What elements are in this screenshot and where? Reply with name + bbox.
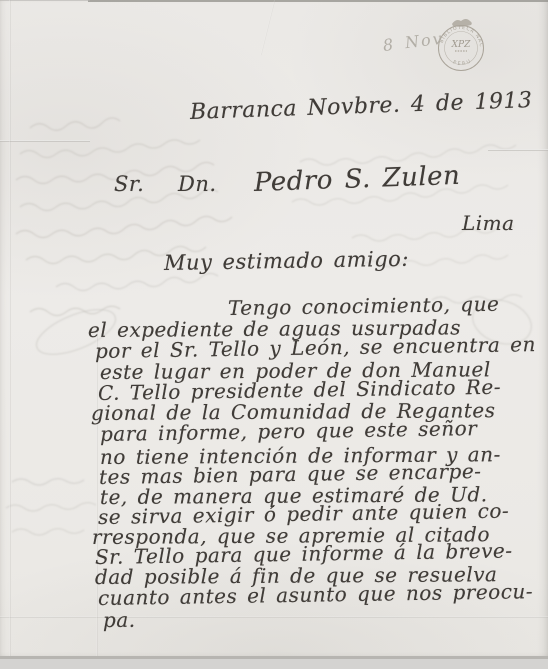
fold-crease-horizontal-left bbox=[0, 140, 90, 142]
scanned-letter-page: BIBLIOTECA NACIONAL PERU XPZ 8 Nov Barra… bbox=[0, 0, 548, 669]
stamp-monogram: XPZ bbox=[451, 40, 471, 50]
paper-top-edge bbox=[88, 0, 548, 2]
recipient-honorific: Dn. bbox=[178, 172, 217, 196]
svg-text:PERU: PERU bbox=[452, 58, 473, 68]
body-line: pa. bbox=[103, 608, 136, 632]
recipient-salutation-prefix: Sr. bbox=[114, 172, 144, 196]
paper-top-edge-left bbox=[0, 0, 90, 1]
paper-bottom-edge bbox=[0, 656, 548, 659]
stamp-ring-text-bottom: PERU bbox=[452, 58, 473, 68]
recipient-city: Lima bbox=[462, 211, 515, 235]
fold-crease-horizontal-bottom bbox=[0, 616, 548, 618]
fold-crease-horizontal-right bbox=[488, 149, 548, 151]
bird-icon bbox=[452, 19, 472, 27]
letter-greeting: Muy estimado amigo: bbox=[164, 247, 409, 275]
fold-crease-vertical-left bbox=[9, 0, 11, 658]
